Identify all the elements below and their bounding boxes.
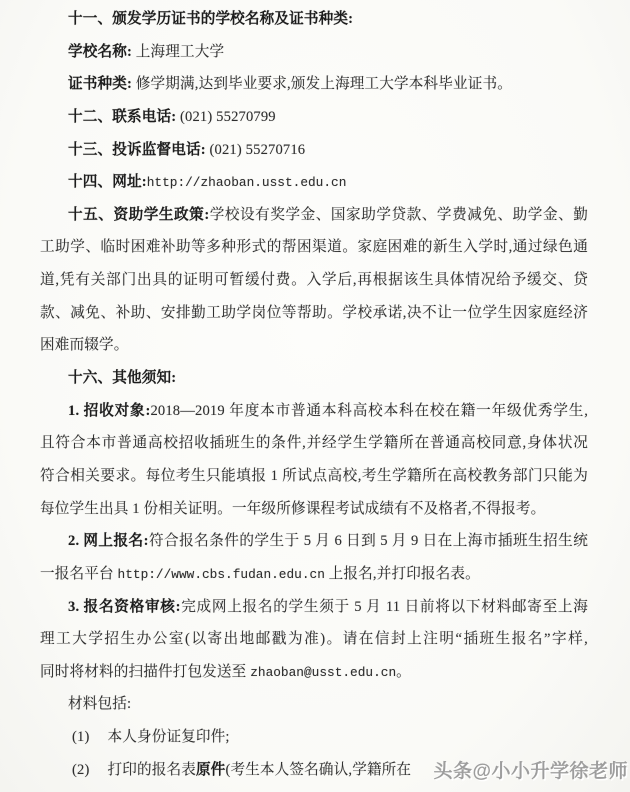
emphasis-text: 2. 网上报名:: [68, 533, 149, 549]
body-text: 道,凭有关部门出具的证明可暂缓付费。入学后,再根据该生具体情况给予缓交、贷: [40, 272, 588, 288]
url-text: http://www.cbs.fudan.edu.cn: [118, 567, 325, 582]
list-number-gap: [89, 773, 107, 774]
doc-line: 理工大学招生办公室(以寄出地邮戳为准)。请在信封上注明“插班生报名”字样,: [40, 623, 588, 656]
emphasis-text: 学校名称:: [68, 44, 132, 60]
body-text: 2018—2019 年度本市普通本科高校本科在校在籍一年级优秀学生,: [150, 403, 588, 419]
document-body: 十一、颁发学历证书的学校名称及证书种类:学校名称: 上海理工大学证书种类: 修学…: [40, 3, 588, 786]
doc-line: 符合相关要求。每位考生只能填报 1 所试点高校,考生学籍所在高校教务部门只能为: [40, 460, 588, 493]
body-text: 款、减免、补助、安排勤工助学岗位等帮助。学校承诺,决不让一位学生因家庭经济: [40, 305, 588, 321]
doc-line: 款、减免、补助、安排勤工助学岗位等帮助。学校承诺,决不让一位学生因家庭经济: [40, 297, 588, 330]
emphasis-text: 证书种类:: [68, 76, 132, 92]
body-text: 打印的报名表: [107, 762, 195, 778]
body-text: 困难而辍学。: [40, 337, 128, 353]
emphasis-text: 原件: [196, 762, 226, 778]
doc-line: 且符合本市普通高校招收插班生的条件,并经学生学籍所在普通高校同意,身体状况: [40, 427, 588, 460]
doc-line: 道,凭有关部门出具的证明可暂缓付费。入学后,再根据该生具体情况给予缓交、贷: [40, 264, 588, 297]
body-text: 符合报名条件的学生于 5 月 6 日到 5 月 9 日在上海市插班生招生统: [149, 533, 588, 549]
doc-line: 十四、网址:http://zhaoban.usst.edu.cn: [40, 166, 588, 199]
doc-line: 十三、投诉监督电话: (021) 55270716: [40, 134, 588, 167]
body-text: 同时将材料的扫描件打包发送至: [40, 664, 250, 680]
emphasis-text: 十四、网址:: [68, 174, 147, 190]
body-text: (021) 55270716: [206, 142, 306, 158]
doc-line: (1)本人身份证复印件;: [40, 721, 588, 754]
emphasis-text: 3. 报名资格审核:: [68, 599, 181, 615]
body-text: 一报名平台: [40, 566, 118, 582]
body-text: 上报名,并打印报名表。: [325, 566, 480, 582]
doc-line: 一报名平台 http://www.cbs.fudan.edu.cn 上报名,并打…: [40, 558, 588, 591]
url-text: http://zhaoban.usst.edu.cn: [147, 175, 347, 190]
body-text: 上海理工大学: [132, 44, 224, 60]
emphasis-text: 十三、投诉监督电话:: [68, 142, 206, 158]
doc-line: 3. 报名资格审核:完成网上报名的学生须于 5 月 11 日前将以下材料邮寄至上…: [40, 591, 588, 624]
doc-line: 材料包括:: [40, 688, 588, 721]
url-text: zhaoban@usst.edu.cn: [250, 665, 396, 680]
body-text: 工助学、临时困难补助等多种形式的帮困渠道。家庭困难的新生入学时,通过绿色通: [40, 239, 588, 255]
doc-line: 1. 招收对象:2018—2019 年度本市普通本科高校本科在校在籍一年级优秀学…: [40, 395, 588, 428]
doc-line: 同时将材料的扫描件打包发送至 zhaoban@usst.edu.cn。: [40, 656, 588, 689]
emphasis-text: 十一、颁发学历证书的学校名称及证书种类:: [68, 11, 353, 27]
doc-line: 学校名称: 上海理工大学: [40, 36, 588, 69]
body-text: 材料包括:: [68, 696, 131, 712]
body-text: 理工大学招生办公室(以寄出地邮戳为准)。请在信封上注明“插班生报名”字样,: [40, 631, 588, 647]
body-text: 。: [396, 664, 411, 680]
body-text: 且符合本市普通高校招收插班生的条件,并经学生学籍所在普通高校同意,身体状况: [40, 435, 588, 451]
body-text: 每位学生出具 1 份相关证明。一年级所修课程考试成绩有不及格者,不得报考。: [40, 501, 545, 517]
body-text: (考生本人签名确认,学籍所在: [225, 762, 411, 778]
emphasis-text: 1. 招收对象:: [68, 403, 150, 419]
watermark-text: 头条@小小升学徐老师: [433, 756, 628, 783]
doc-line: 十二、联系电话: (021) 55270799: [40, 101, 588, 134]
doc-line: 十一、颁发学历证书的学校名称及证书种类:: [40, 3, 588, 36]
doc-line: 工助学、临时困难补助等多种形式的帮困渠道。家庭困难的新生入学时,通过绿色通: [40, 231, 588, 264]
doc-line: 证书种类: 修学期满,达到毕业要求,颁发上海理工大学本科毕业证书。: [40, 68, 588, 101]
doc-line: 每位学生出具 1 份相关证明。一年级所修课程考试成绩有不及格者,不得报考。: [40, 493, 588, 526]
body-text: 学校设有奖学金、国家助学贷款、学费减免、助学金、勤: [209, 207, 588, 223]
doc-line: 困难而辍学。: [40, 329, 588, 362]
emphasis-text: 十五、资助学生政策:: [68, 207, 209, 223]
emphasis-text: 十六、其他须知:: [68, 370, 176, 386]
emphasis-text: 十二、联系电话:: [68, 109, 176, 125]
list-number-gap: [89, 740, 107, 741]
doc-line: 十五、资助学生政策:学校设有奖学金、国家助学贷款、学费减免、助学金、勤: [40, 199, 588, 232]
body-text: (1): [72, 729, 89, 745]
body-text: 修学期满,达到毕业要求,颁发上海理工大学本科毕业证书。: [132, 76, 512, 92]
doc-line: 十六、其他须知:: [40, 362, 588, 395]
body-text: 本人身份证复印件;: [107, 729, 229, 745]
doc-line: 2. 网上报名:符合报名条件的学生于 5 月 6 日到 5 月 9 日在上海市插…: [40, 525, 588, 558]
body-text: 符合相关要求。每位考生只能填报 1 所试点高校,考生学籍所在高校教务部门只能为: [40, 468, 588, 484]
body-text: (2): [72, 762, 89, 778]
body-text: (021) 55270799: [176, 109, 276, 125]
body-text: 完成网上报名的学生须于 5 月 11 日前将以下材料邮寄至上海: [181, 599, 588, 615]
